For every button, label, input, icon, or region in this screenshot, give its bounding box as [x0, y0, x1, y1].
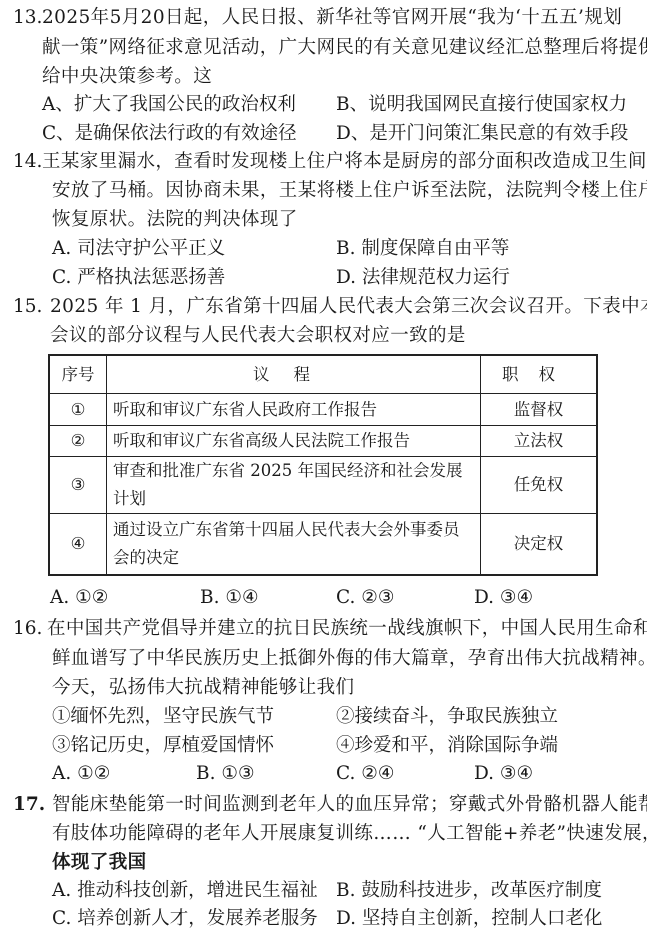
table-row: ② 听取和审议广东省高级人民法院工作报告 立法权 [49, 426, 597, 457]
row-power: 监督权 [481, 394, 598, 426]
option-d[interactable]: D. ③④ [474, 759, 533, 789]
question-number: 16. [13, 614, 42, 644]
question-stem-line: 在中国共产党倡导并建立的抗日民族统一战线旗帜下，中国人民用生命和 [47, 614, 647, 644]
row-agenda: 审查和批准广东省 2025 年国民经济和社会发展计划 [107, 457, 481, 514]
question-stem-line: 安放了马桶。因协商未果，王某将楼上住户诉至法院，法院判令楼上住户 [52, 176, 647, 206]
option-d[interactable]: D. 法律规范权力运行 [336, 263, 510, 293]
header-agenda: 议程 [107, 355, 481, 394]
agenda-table: 序号 议程 职权 ① 听取和审议广东省人民政府工作报告 监督权 ② 听取和审议广… [48, 354, 598, 576]
question-number: 14. [13, 147, 42, 177]
question-number: 15. [13, 292, 42, 322]
row-agenda: 听取和审议广东省人民政府工作报告 [107, 394, 481, 426]
option-b[interactable]: B. ①③ [196, 759, 255, 789]
table-header-row: 序号 议程 职权 [49, 355, 597, 394]
option-b[interactable]: B. ①④ [200, 583, 259, 613]
header-power: 职权 [481, 355, 598, 394]
option-c[interactable]: C、是确保依法行政的有效途径 [42, 119, 297, 149]
option-a[interactable]: A、扩大了我国公民的政治权利 [42, 90, 296, 120]
row-agenda: 听取和审议广东省高级人民法院工作报告 [107, 426, 481, 457]
row-serial: ① [49, 394, 107, 426]
question-number: 13. [13, 3, 42, 33]
row-power: 任免权 [481, 457, 598, 514]
option-a[interactable]: A. ①② [50, 583, 108, 613]
option-c[interactable]: C. 培养创新人才，发展养老服务 [52, 904, 318, 934]
row-power: 决定权 [481, 514, 598, 575]
option-a[interactable]: A. 司法守护公平正义 [52, 234, 225, 264]
option-b[interactable]: B. 制度保障自由平等 [336, 234, 509, 264]
question-stem-line: 给中央决策参考。这 [42, 62, 212, 92]
question-stem-line: 智能床垫能第一时间监测到老年人的血压异常；穿戴式外骨骼机器人能帮助 [52, 790, 647, 820]
row-serial: ④ [49, 514, 107, 575]
question-stem-line: 王某家里漏水，查看时发现楼上住户将本是厨房的部分面积改造成卫生间并 [42, 147, 647, 177]
row-power: 立法权 [481, 426, 598, 457]
option-c[interactable]: C. ②④ [336, 759, 394, 789]
option-c[interactable]: C. 严格执法惩恶扬善 [52, 263, 225, 293]
row-serial: ③ [49, 457, 107, 514]
question-stem-line: 有肢体功能障碍的老年人开展康复训练…… “人工智能+养老”快速发展， [52, 819, 647, 849]
option-c[interactable]: C. ②③ [336, 583, 394, 613]
option-d[interactable]: D. ③④ [474, 583, 533, 613]
question-stem-line: 2025年5月20日起，人民日报、新华社等官网开展“我为‘十五五’规划 [42, 3, 622, 33]
statement-3: ③铭记历史，厚植爱国情怀 [52, 731, 274, 761]
question-stem-line: 会议的部分议程与人民代表大会职权对应一致的是 [50, 321, 466, 351]
option-d[interactable]: D. 坚持自主创新，控制人口老化 [336, 904, 602, 934]
row-serial: ② [49, 426, 107, 457]
question-stem-line: 体现了我国 [52, 848, 147, 878]
row-agenda: 通过设立广东省第十四届人民代表大会外事委员会的决定 [107, 514, 481, 575]
table-row: ① 听取和审议广东省人民政府工作报告 监督权 [49, 394, 597, 426]
question-stem-line: 恢复原状。法院的判决体现了 [52, 205, 298, 235]
option-a[interactable]: A. ①② [52, 759, 110, 789]
statement-4: ④珍爱和平，消除国际争端 [336, 731, 558, 761]
option-a[interactable]: A. 推动科技创新，增进民生福祉 [52, 876, 318, 906]
question-stem-line: 今天，弘扬伟大抗战精神能够让我们 [52, 673, 354, 703]
table-row: ③ 审查和批准广东省 2025 年国民经济和社会发展计划 任免权 [49, 457, 597, 514]
statement-1: ①缅怀先烈，坚守民族气节 [52, 702, 274, 732]
header-serial: 序号 [49, 355, 107, 394]
table-row: ④ 通过设立广东省第十四届人民代表大会外事委员会的决定 决定权 [49, 514, 597, 575]
option-d[interactable]: D、是开门问策汇集民意的有效手段 [336, 119, 628, 149]
question-stem-line: 献一策”网络征求意见活动，广大网民的有关意见建议经汇总整理后将提供 [42, 33, 647, 63]
question-stem-line: 2025 年 1 月，广东省第十四届人民代表大会第三次会议召开。下表中本次 [50, 292, 647, 322]
question-number: 17. [13, 790, 45, 820]
option-b[interactable]: B. 鼓励科技进步，改革医疗制度 [336, 876, 602, 906]
option-b[interactable]: B、说明我国网民直接行使国家权力 [336, 90, 627, 120]
statement-2: ②接续奋斗，争取民族独立 [336, 702, 558, 732]
question-stem-line: 鲜血谱写了中华民族历史上抵御外侮的伟大篇章，孕育出伟大抗战精神。 [52, 644, 647, 674]
